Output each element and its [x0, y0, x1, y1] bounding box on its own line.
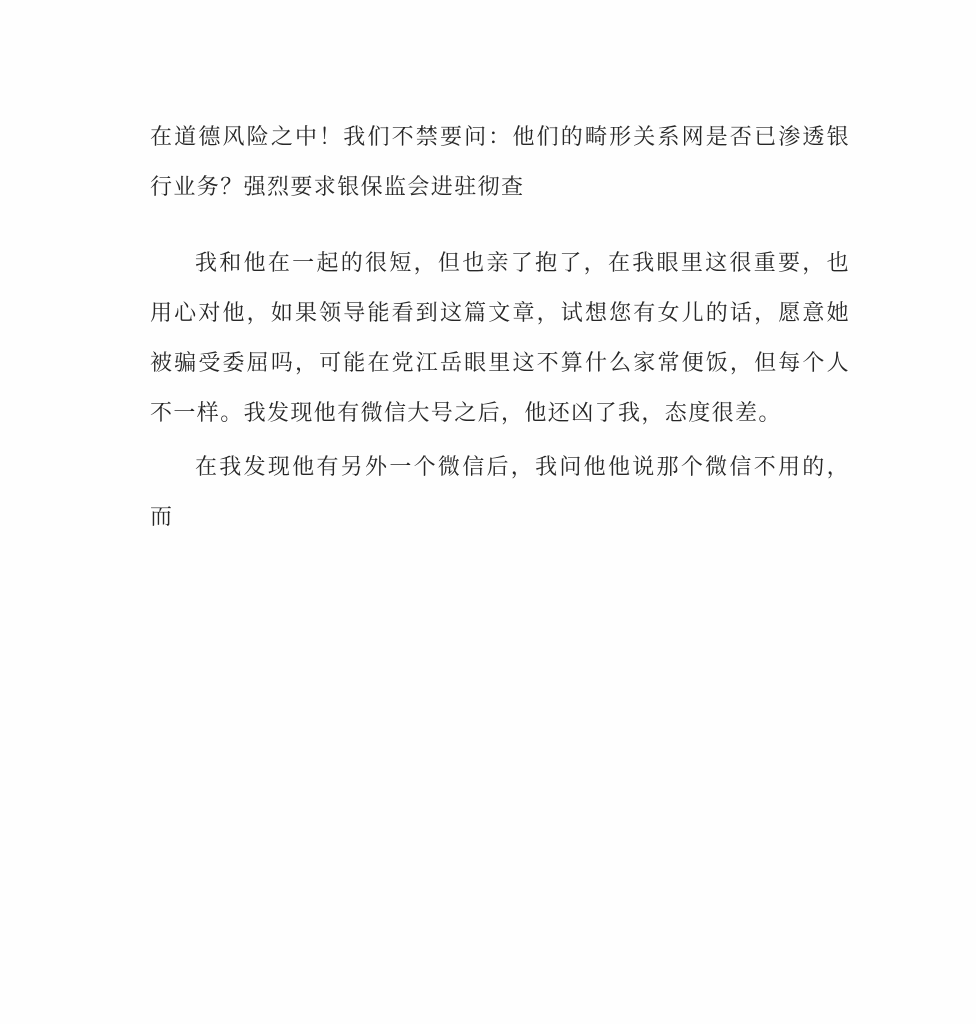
document-body: 在道德风险之中！我们不禁要问：他们的畸形关系网是否已渗透银行业务？强烈要求银保监…	[150, 113, 850, 543]
paragraph-continuation: 在道德风险之中！我们不禁要问：他们的畸形关系网是否已渗透银行业务？强烈要求银保监…	[150, 113, 850, 213]
paragraph-wechat: 在我发现他有另外一个微信后，我问他他说那个微信不用的，而	[150, 443, 850, 543]
document-page: 在道德风险之中！我们不禁要问：他们的畸形关系网是否已渗透银行业务？强烈要求银保监…	[0, 0, 976, 1024]
paragraph-relationship: 我和他在一起的很短，但也亲了抱了，在我眼里这很重要，也用心对他，如果领导能看到这…	[150, 239, 850, 439]
